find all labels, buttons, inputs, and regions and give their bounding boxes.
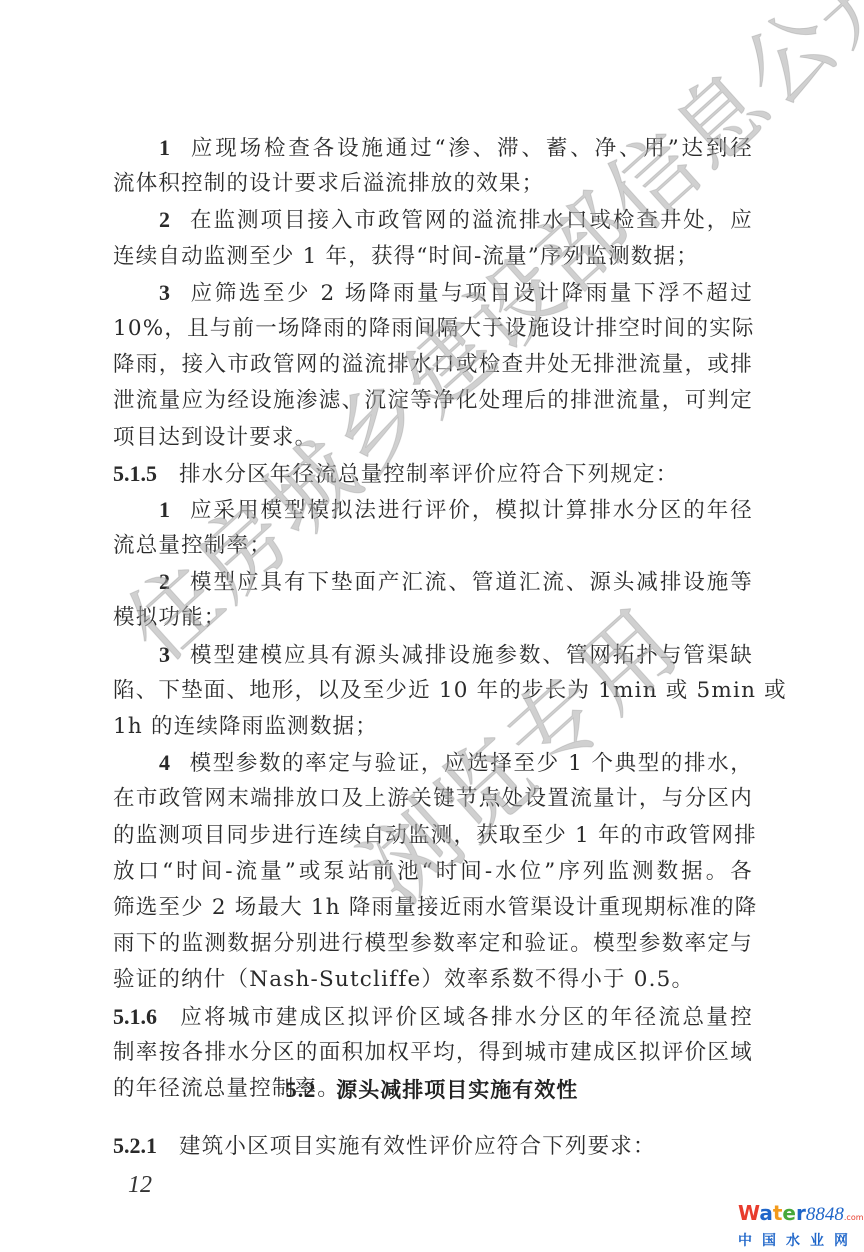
line-text: 在市政管网末端排放口及上游关键节点处设置流量计，与分区内 — [113, 786, 753, 811]
document-body: 1应现场检查各设施通过“渗、滞、蓄、净、用”达到径流体积控制的设计要求后溢流排放… — [113, 130, 753, 1107]
clause-number: 5.1.5 — [113, 461, 157, 486]
line-text: 验证的纳什（Nash-Sutcliffe）效率系数不得小于 0.5。 — [113, 967, 694, 992]
line-text: 排水分区年径流总量控制率评价应符合下列规定： — [179, 462, 678, 487]
clause-text: 建筑小区项目实施有效性评价应符合下列要求： — [179, 1134, 656, 1159]
item-number: 2 — [159, 207, 171, 232]
line-text: 泄流量应为经设施渗滤、沉淀等净化处理后的排泄流量，可判定 — [113, 388, 753, 413]
item-number: 1 — [159, 497, 171, 522]
line-text: 模型参数的率定与验证，应选择至少 1 个典型的排水， — [189, 751, 753, 776]
line-text: 放口“时间-流量”或泵站前池“时间-水位”序列监测数据。各 — [113, 859, 753, 884]
text-line: 放口“时间-流量”或泵站前池“时间-水位”序列监测数据。各 — [113, 854, 753, 890]
line-text: 应将城市建成区拟评价区域各排水分区的年径流总量控 — [179, 1005, 753, 1030]
line-text: 降雨，接入市政管网的溢流排水口或检查井处无排泄流量，或排 — [113, 352, 753, 377]
line-text: 模型建模应具有源头减排设施参数、管网拓扑与管渠缺 — [189, 643, 753, 668]
logo-wordmark: Water8848.com — [738, 1203, 858, 1228]
logo-letter-w: W — [738, 1201, 759, 1225]
text-line: 泄流量应为经设施渗滤、沉淀等净化处理后的排泄流量，可判定 — [113, 383, 753, 419]
line-text: 流总量控制率； — [113, 533, 272, 558]
line-text: 流体积控制的设计要求后溢流排放的效果； — [113, 171, 544, 196]
item-line: 2在监测项目接入市政管网的溢流排水口或检查井处，应 — [113, 202, 753, 238]
text-line: 的监测项目同步进行连续自动监测，获取至少 1 年的市政管网排 — [113, 818, 753, 854]
clause-line: 5.1.5排水分区年径流总量控制率评价应符合下列规定： — [113, 456, 753, 492]
line-text: 模拟功能； — [113, 605, 227, 630]
logo-letter-r: r — [796, 1201, 806, 1225]
line-text: 应筛选至少 2 场降雨量与项目设计降雨量下浮不超过 — [189, 281, 753, 306]
section-title-text: 源头减排项目实施有效性 — [336, 1078, 578, 1102]
line-text: 雨下的监测数据分别进行模型参数率定和验证。模型参数率定与 — [113, 931, 753, 956]
text-line: 降雨，接入市政管网的溢流排水口或检查井处无排泄流量，或排 — [113, 347, 753, 383]
text-line: 连续自动监测至少 1 年，获得“时间-流量”序列监测数据； — [113, 239, 753, 275]
line-text: 制率按各排水分区的面积加权平均，得到城市建成区拟评价区域 — [113, 1040, 753, 1065]
text-line: 模拟功能； — [113, 600, 753, 636]
line-text: 应现场检查各设施通过“渗、滞、蓄、净、用”达到径 — [189, 136, 753, 161]
text-line: 项目达到设计要求。 — [113, 420, 753, 456]
logo-letter-t: t — [773, 1201, 783, 1225]
logo-letter-a: a — [759, 1201, 773, 1225]
item-number: 3 — [159, 280, 171, 305]
line-text: 陷、下垫面、地形，以及至少近 10 年的步长为 1min 或 5min 或 — [113, 678, 787, 703]
line-text: 连续自动监测至少 1 年，获得“时间-流量”序列监测数据； — [113, 244, 699, 269]
logo-com: .com — [844, 1213, 864, 1222]
water8848-logo[interactable]: Water8848.com 中国水业网 — [738, 1203, 858, 1250]
logo-digits: 8848 — [806, 1204, 844, 1225]
line-text: 应采用模型模拟法进行评价，模拟计算排水分区的年径 — [189, 498, 753, 523]
text-line: 制率按各排水分区的面积加权平均，得到城市建成区拟评价区域 — [113, 1035, 753, 1071]
section-heading: 5.2源头减排项目实施有效性 — [0, 1074, 864, 1104]
line-text: 10%，且与前一场降雨的降雨间隔大于设施设计排空时间的实际 — [113, 316, 755, 341]
text-line: 雨下的监测数据分别进行模型参数率定和验证。模型参数率定与 — [113, 926, 753, 962]
item-line: 1应现场检查各设施通过“渗、滞、蓄、净、用”达到径 — [113, 130, 753, 166]
clause-number: 5.2.1 — [113, 1133, 157, 1158]
item-line: 4模型参数的率定与验证，应选择至少 1 个典型的排水， — [113, 745, 753, 781]
item-line: 3应筛选至少 2 场降雨量与项目设计降雨量下浮不超过 — [113, 275, 753, 311]
line-text: 1h 的连续降雨监测数据； — [113, 714, 378, 739]
line-text: 在监测项目接入市政管网的溢流排水口或检查井处，应 — [189, 208, 753, 233]
text-line: 10%，且与前一场降雨的降雨间隔大于设施设计排空时间的实际 — [113, 311, 753, 347]
item-number: 4 — [159, 750, 171, 775]
text-line: 流总量控制率； — [113, 528, 753, 564]
line-text: 的监测项目同步进行连续自动监测，获取至少 1 年的市政管网排 — [113, 823, 757, 848]
page-number: 12 — [128, 1172, 152, 1199]
line-text: 模型应具有下垫面产汇流、管道汇流、源头减排设施等 — [189, 570, 753, 595]
clause-number: 5.1.6 — [113, 1004, 157, 1029]
text-line: 筛选至少 2 场最大 1h 降雨量接近雨水管渠设计重现期标准的降 — [113, 890, 753, 926]
clause-5-2-1: 5.2.1建筑小区项目实施有效性评价应符合下列要求： — [113, 1128, 753, 1164]
item-number: 1 — [159, 135, 171, 160]
item-line: 1应采用模型模拟法进行评价，模拟计算排水分区的年径 — [113, 492, 753, 528]
text-line: 1h 的连续降雨监测数据； — [113, 709, 753, 745]
item-number: 3 — [159, 642, 171, 667]
line-text: 筛选至少 2 场最大 1h 降雨量接近雨水管渠设计重现期标准的降 — [113, 895, 757, 920]
item-number: 2 — [159, 569, 171, 594]
section-number: 5.2 — [286, 1077, 317, 1102]
item-line: 3模型建模应具有源头减排设施参数、管网拓扑与管渠缺 — [113, 637, 753, 673]
text-line: 流体积控制的设计要求后溢流排放的效果； — [113, 166, 753, 202]
logo-subtitle: 中国水业网 — [738, 1230, 858, 1250]
text-line: 验证的纳什（Nash-Sutcliffe）效率系数不得小于 0.5。 — [113, 962, 753, 998]
item-line: 2模型应具有下垫面产汇流、管道汇流、源头减排设施等 — [113, 564, 753, 600]
clause-line: 5.1.6应将城市建成区拟评价区域各排水分区的年径流总量控 — [113, 999, 753, 1035]
text-line: 在市政管网末端排放口及上游关键节点处设置流量计，与分区内 — [113, 781, 753, 817]
logo-letter-e: e — [782, 1201, 796, 1225]
text-line: 陷、下垫面、地形，以及至少近 10 年的步长为 1min 或 5min 或 — [113, 673, 753, 709]
line-text: 项目达到设计要求。 — [113, 425, 317, 450]
